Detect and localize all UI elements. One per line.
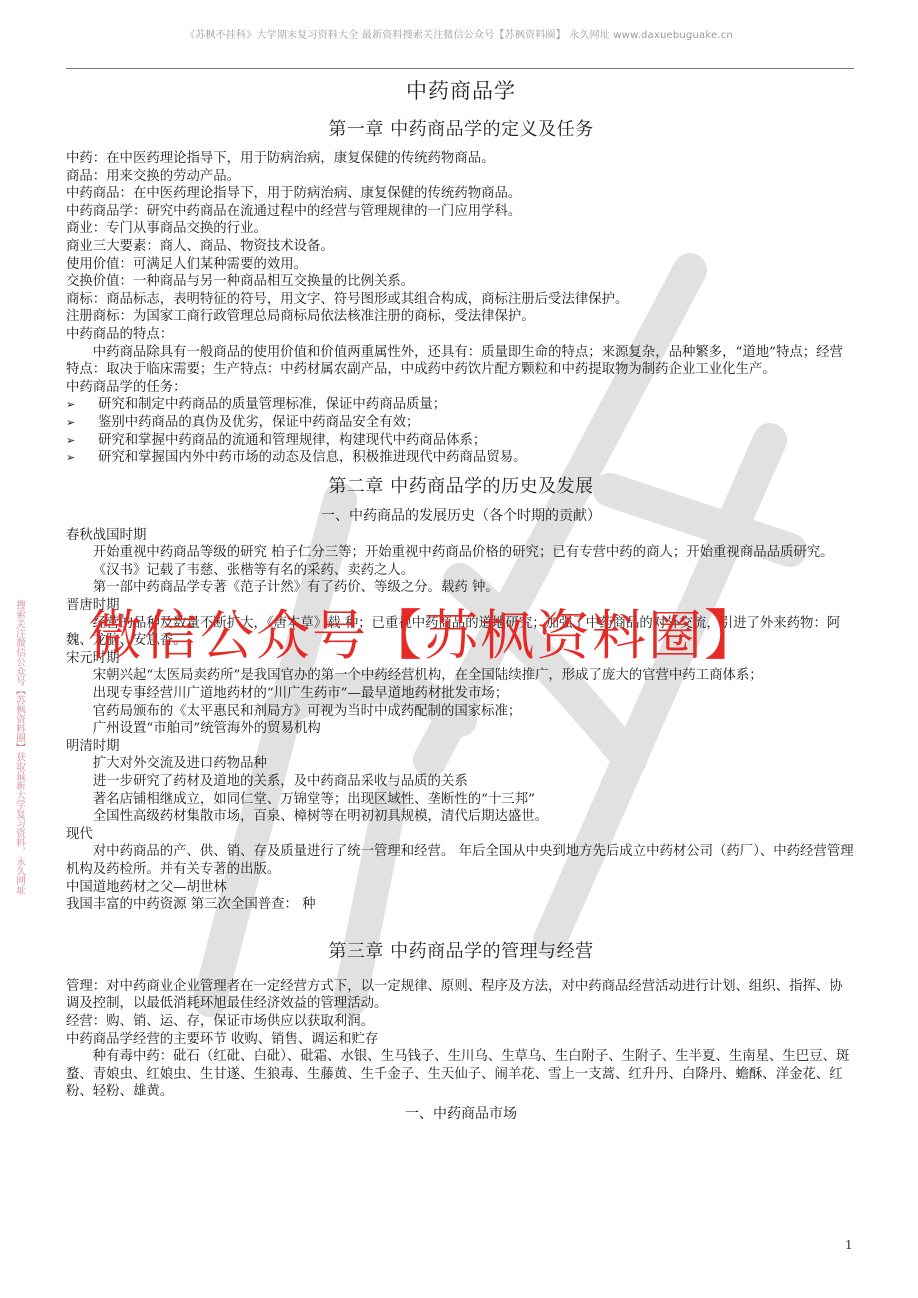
features-text: 中药商品除具有一般商品的使用价值和价值两重属性外，还具有：质量即生命的特点；来源… <box>66 344 856 379</box>
task-text: 研究和掌握国内外中药市场的动态及信息，积极推进现代中药商品贸易。 <box>98 449 527 467</box>
tasks-label: 中药商品学的任务： <box>66 379 856 397</box>
chapter-1-heading: 第一章 中药商品学的定义及任务 <box>66 118 856 142</box>
period-line: 《汉书》记载了韦慈、张楷等有名的采药、卖药之人。 <box>66 562 856 580</box>
period-line: 官药局颁布的《太平惠民和剂局方》可视为当时中成药配制的国家标准； <box>66 703 856 721</box>
tasks-list: ➢ 研究和制定中药商品的质量管理标准，保证中药商品质量； ➢ 鉴别中药商品的真伪… <box>66 396 856 466</box>
task-item: ➢ 鉴别中药商品的真伪及优劣，保证中药商品安全有效； <box>66 414 856 432</box>
task-item: ➢ 研究和制定中药商品的质量管理标准，保证中药商品质量； <box>66 396 856 414</box>
definition-line: 商标：商品标志，表明特征的符号，用文字、符号图形或其组合构成，商标注册后受法律保… <box>66 291 856 309</box>
document-page: 中药商品学 第一章 中药商品学的定义及任务 中药：在中医药理论指导下，用于防病治… <box>66 70 856 1125</box>
task-text: 研究和制定中药商品的质量管理标准，保证中药商品质量； <box>98 396 446 414</box>
management-line: 中药商品学经营的主要环节 收购、销售、调运和贮存 <box>66 1031 856 1049</box>
definition-line: 注册商标：为国家工商行政管理总局商标局依法核准注册的商标，受法律保护。 <box>66 308 856 326</box>
task-item: ➢ 研究和掌握国内外中药市场的动态及信息，积极推进现代中药商品贸易。 <box>66 449 856 467</box>
chapter-1-definitions: 中药：在中医药理论指导下，用于防病治病，康复保健的传统药物商品。 商品：用来交换… <box>66 150 856 326</box>
definition-line: 中药商品：在中医药理论指导下，用于防病治病、康复保健的传统药物商品。 <box>66 185 856 203</box>
chapter-3-section-1-heading: 一、中药商品市场 <box>66 1105 856 1123</box>
definition-line: 中药商品学：研究中药商品在流通过程中的经营与管理规律的一门应用学科。 <box>66 203 856 221</box>
definition-line: 商业三大要素：商人、商品、物资技术设备。 <box>66 238 856 256</box>
features-label: 中药商品的特点： <box>66 326 856 344</box>
period-name: 明清时期 <box>66 738 856 756</box>
period-ming-qing: 明清时期 扩大对外交流及进口药物品种 进一步研究了药材及道地的关系，及中药商品采… <box>66 738 856 826</box>
chapter-2-section-1-heading: 一、中药商品的发展历史（各个时期的贡献） <box>66 507 856 525</box>
header-watermark-note: 《苏枫不挂科》大学期末复习资料大全 最新资料搜索关注微信公众号【苏枫资料圈】 永… <box>0 26 918 41</box>
period-modern: 现代 对中药商品的产、供、销、存及质量进行了统一管理和经营。 年后全国从中央到地… <box>66 826 856 879</box>
document-title: 中药商品学 <box>66 78 856 104</box>
period-line: 全国性高级药材集散市场，百泉、樟树等在明初初具规模，清代后期达盛世。 <box>66 808 856 826</box>
header-divider <box>66 68 854 69</box>
period-line: 著名店铺相继成立，如同仁堂、万锦堂等；出现区域性、垄断性的“十三邦” <box>66 791 856 809</box>
period-name: 现代 <box>66 826 856 844</box>
task-text: 鉴别中药商品的真伪及优劣，保证中药商品安全有效； <box>98 414 419 432</box>
note-line: 我国丰富的中药资源 第三次全国普查： 种 <box>66 896 856 914</box>
toxic-herbs-text: 种有毒中药：砒石（红砒、白砒）、砒霜、水银、生马钱子、生川乌、生草乌、生白附子、… <box>66 1048 856 1101</box>
period-line: 开始重视中药商品等级的研究 柏子仁分三等；开始重视中药商品价格的研究；已有专营中… <box>66 544 856 562</box>
definition-line: 使用价值：可满足人们某种需要的效用。 <box>66 256 856 274</box>
period-line: 第一部中药商品学专著《范子计然》有了药价、等级之分。载药 钟。 <box>66 579 856 597</box>
definition-line: 中药：在中医药理论指导下，用于防病治病，康复保健的传统药物商品。 <box>66 150 856 168</box>
definition-line: 商品：用来交换的劳动产品。 <box>66 168 856 186</box>
bullet-arrow-icon: ➢ <box>66 449 98 467</box>
management-line: 经营：购、销、运、存，保证市场供应以获取利润。 <box>66 1013 856 1031</box>
period-line: 扩大对外交流及进口药物品种 <box>66 755 856 773</box>
bullet-arrow-icon: ➢ <box>66 396 98 414</box>
period-line: 进一步研究了药材及道地的关系，及中药商品采收与品质的关系 <box>66 773 856 791</box>
bullet-arrow-icon: ➢ <box>66 414 98 432</box>
definition-line: 商业：专门从事商品交换的行业。 <box>66 220 856 238</box>
management-line: 管理：对中药商业企业管理者在一定经营方式下，以一定规律、原则、程序及方法，对中药… <box>66 978 856 1013</box>
note-line: 中国道地药材之父—胡世林 <box>66 879 856 897</box>
red-overlay-watermark: 微信公众号【苏枫资料圈】 <box>88 606 760 666</box>
chapter-2-heading: 第二章 中药商品学的历史及发展 <box>66 475 856 499</box>
bullet-arrow-icon: ➢ <box>66 432 98 450</box>
period-name: 春秋战国时期 <box>66 527 856 545</box>
period-line: 广州设置“市舶司”统管海外的贸易机构 <box>66 720 856 738</box>
chapter-3-heading: 第三章 中药商品学的管理与经营 <box>66 940 856 964</box>
period-line: 对中药商品的产、供、销、存及质量进行了统一管理和经营。 年后全国从中央到地方先后… <box>66 843 856 878</box>
page-number: 1 <box>845 1238 853 1252</box>
period-line: 出现专事经营川广道地药材的“川广生药市”—最早道地药材批发市场； <box>66 685 856 703</box>
definition-line: 交换价值：一种商品与另一种商品相互交换量的比例关系。 <box>66 273 856 291</box>
task-item: ➢ 研究和掌握中药商品的流通和管理规律，构建现代中药商品体系； <box>66 432 856 450</box>
side-watermark-note: 搜索关注微信公众号【苏枫资料圈】获取最新大学复习资料，永久网址 www.daxu… <box>12 600 26 1060</box>
period-spring-autumn: 春秋战国时期 开始重视中药商品等级的研究 柏子仁分三等；开始重视中药商品价格的研… <box>66 527 856 597</box>
period-line: 宋朝兴起“太医局卖药所”是我国官办的第一个中药经营机构，在全国陆续推广，形成了庞… <box>66 667 856 685</box>
task-text: 研究和掌握中药商品的流通和管理规律，构建现代中药商品体系； <box>98 432 486 450</box>
